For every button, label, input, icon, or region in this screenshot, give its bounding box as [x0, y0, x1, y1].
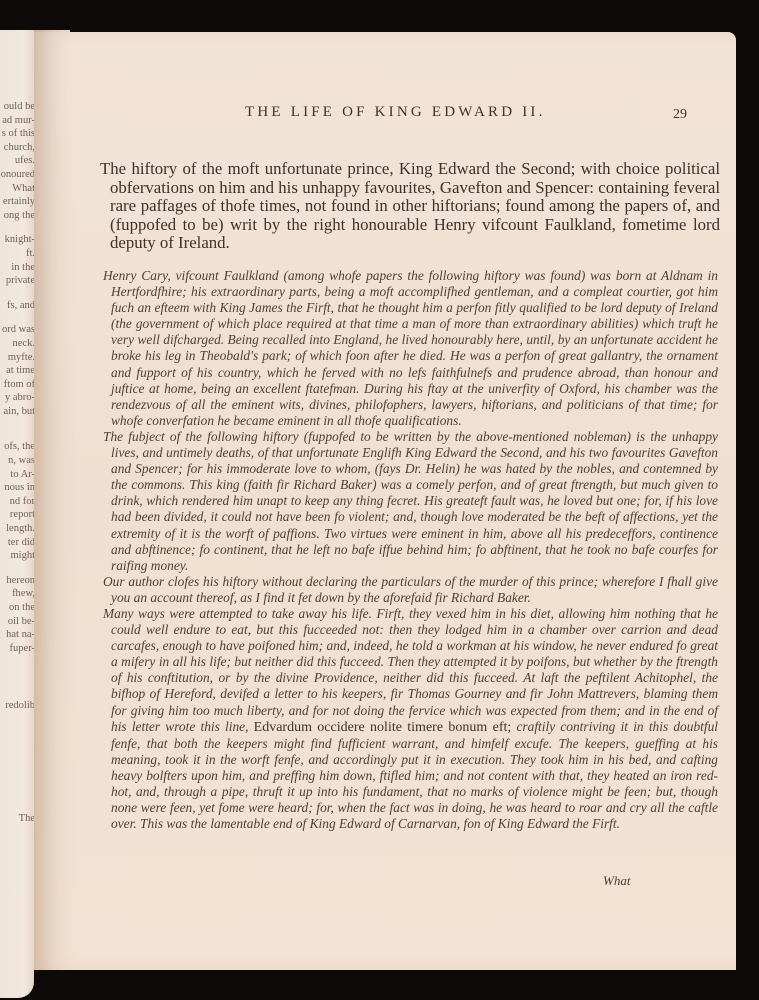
left-page-edge: ould bead mur-s of thischurch,ufes.onour… [0, 30, 34, 998]
paragraph-author-closes: Our author clofes his hiftory without de… [103, 574, 718, 606]
left-page-line: ufes. [0, 154, 34, 168]
left-page-line: ong the [0, 209, 34, 223]
paragraph-faulkland-bio: Henry Cary, vifcount Faulkland (among wh… [103, 268, 718, 429]
left-page-line: redolib [0, 699, 34, 713]
left-page-line: in the [0, 261, 34, 275]
left-page-line [0, 713, 34, 724]
left-page-line [0, 677, 34, 688]
murder-text-part1: Many ways were attempted to take away hi… [103, 606, 718, 734]
left-page-line: ord was [0, 323, 34, 337]
catchword: What [603, 873, 630, 889]
left-page-line: s of this [0, 127, 34, 141]
left-page-line: at time [0, 364, 34, 378]
left-page-line: ofs, the [0, 440, 34, 454]
body-text: Henry Cary, vifcount Faulkland (among wh… [103, 268, 718, 832]
left-page-line [0, 429, 34, 440]
left-page-line: fhew, [0, 587, 34, 601]
left-page-line [0, 222, 34, 233]
left-page-line: ftom of [0, 378, 34, 392]
left-page-line [0, 746, 34, 757]
paragraph-murder-account: Many ways were attempted to take away hi… [103, 606, 718, 832]
left-page-line: y abro- [0, 391, 34, 405]
left-page-line: oil be- [0, 615, 34, 629]
running-head: THE LIFE OF KING EDWARD II. [245, 104, 546, 121]
left-page-line: What [0, 182, 34, 196]
paragraph-subject: The fubject of the following hiftory (fu… [103, 429, 718, 574]
left-page-line [0, 666, 34, 677]
left-page-line: neck. [0, 337, 34, 351]
title-text: The hiftory of the moft unfortunate prin… [100, 160, 720, 253]
left-page-line: knight- [0, 233, 34, 247]
title-paragraph: The hiftory of the moft unfortunate prin… [100, 160, 720, 253]
left-page-line: nous in [0, 481, 34, 495]
left-page-line: private [0, 274, 34, 288]
left-page-line: fs, and [0, 299, 34, 313]
left-page-line [0, 418, 34, 429]
left-page-line [0, 288, 34, 299]
left-page-line [0, 312, 34, 323]
left-page-line [0, 655, 34, 666]
left-page-line: ad mur- [0, 114, 34, 128]
left-page-line: n, was [0, 454, 34, 468]
left-page-line: ain, but [0, 405, 34, 419]
murder-text-part2: craftily contriving it in this doubtful … [111, 719, 718, 832]
left-page-line [0, 790, 34, 801]
left-page-line: ertainly [0, 195, 34, 209]
left-page-line: length. [0, 522, 34, 536]
left-page-line [0, 563, 34, 574]
left-page-line: hereon [0, 574, 34, 588]
left-page-line: to Ar- [0, 468, 34, 482]
left-page-line [0, 779, 34, 790]
left-page-line: report [0, 508, 34, 522]
page-number: 29 [673, 107, 687, 123]
left-page-line: might [0, 549, 34, 563]
left-page-line: The [0, 812, 34, 826]
left-page-line [0, 735, 34, 746]
left-page-line [0, 724, 34, 735]
left-page-line: ft. [0, 247, 34, 261]
left-page-line: hat na- [0, 628, 34, 642]
latin-quote: Edvardum occidere nolite timere bonum ef… [254, 720, 512, 735]
left-page-line: nd for [0, 495, 34, 509]
left-page-line: on the [0, 601, 34, 615]
left-page-line [0, 768, 34, 779]
left-page-line: ould be [0, 100, 34, 114]
left-page-line [0, 757, 34, 768]
left-page-line [0, 801, 34, 812]
left-page-line: myfte. [0, 351, 34, 365]
left-page-line [0, 688, 34, 699]
left-page-line: ter did [0, 536, 34, 550]
left-page-line: fuper- [0, 642, 34, 656]
left-page-line: onoured [0, 168, 34, 182]
left-page-line: church, [0, 141, 34, 155]
left-page-text-fragments: ould bead mur-s of thischurch,ufes.onour… [0, 100, 34, 826]
